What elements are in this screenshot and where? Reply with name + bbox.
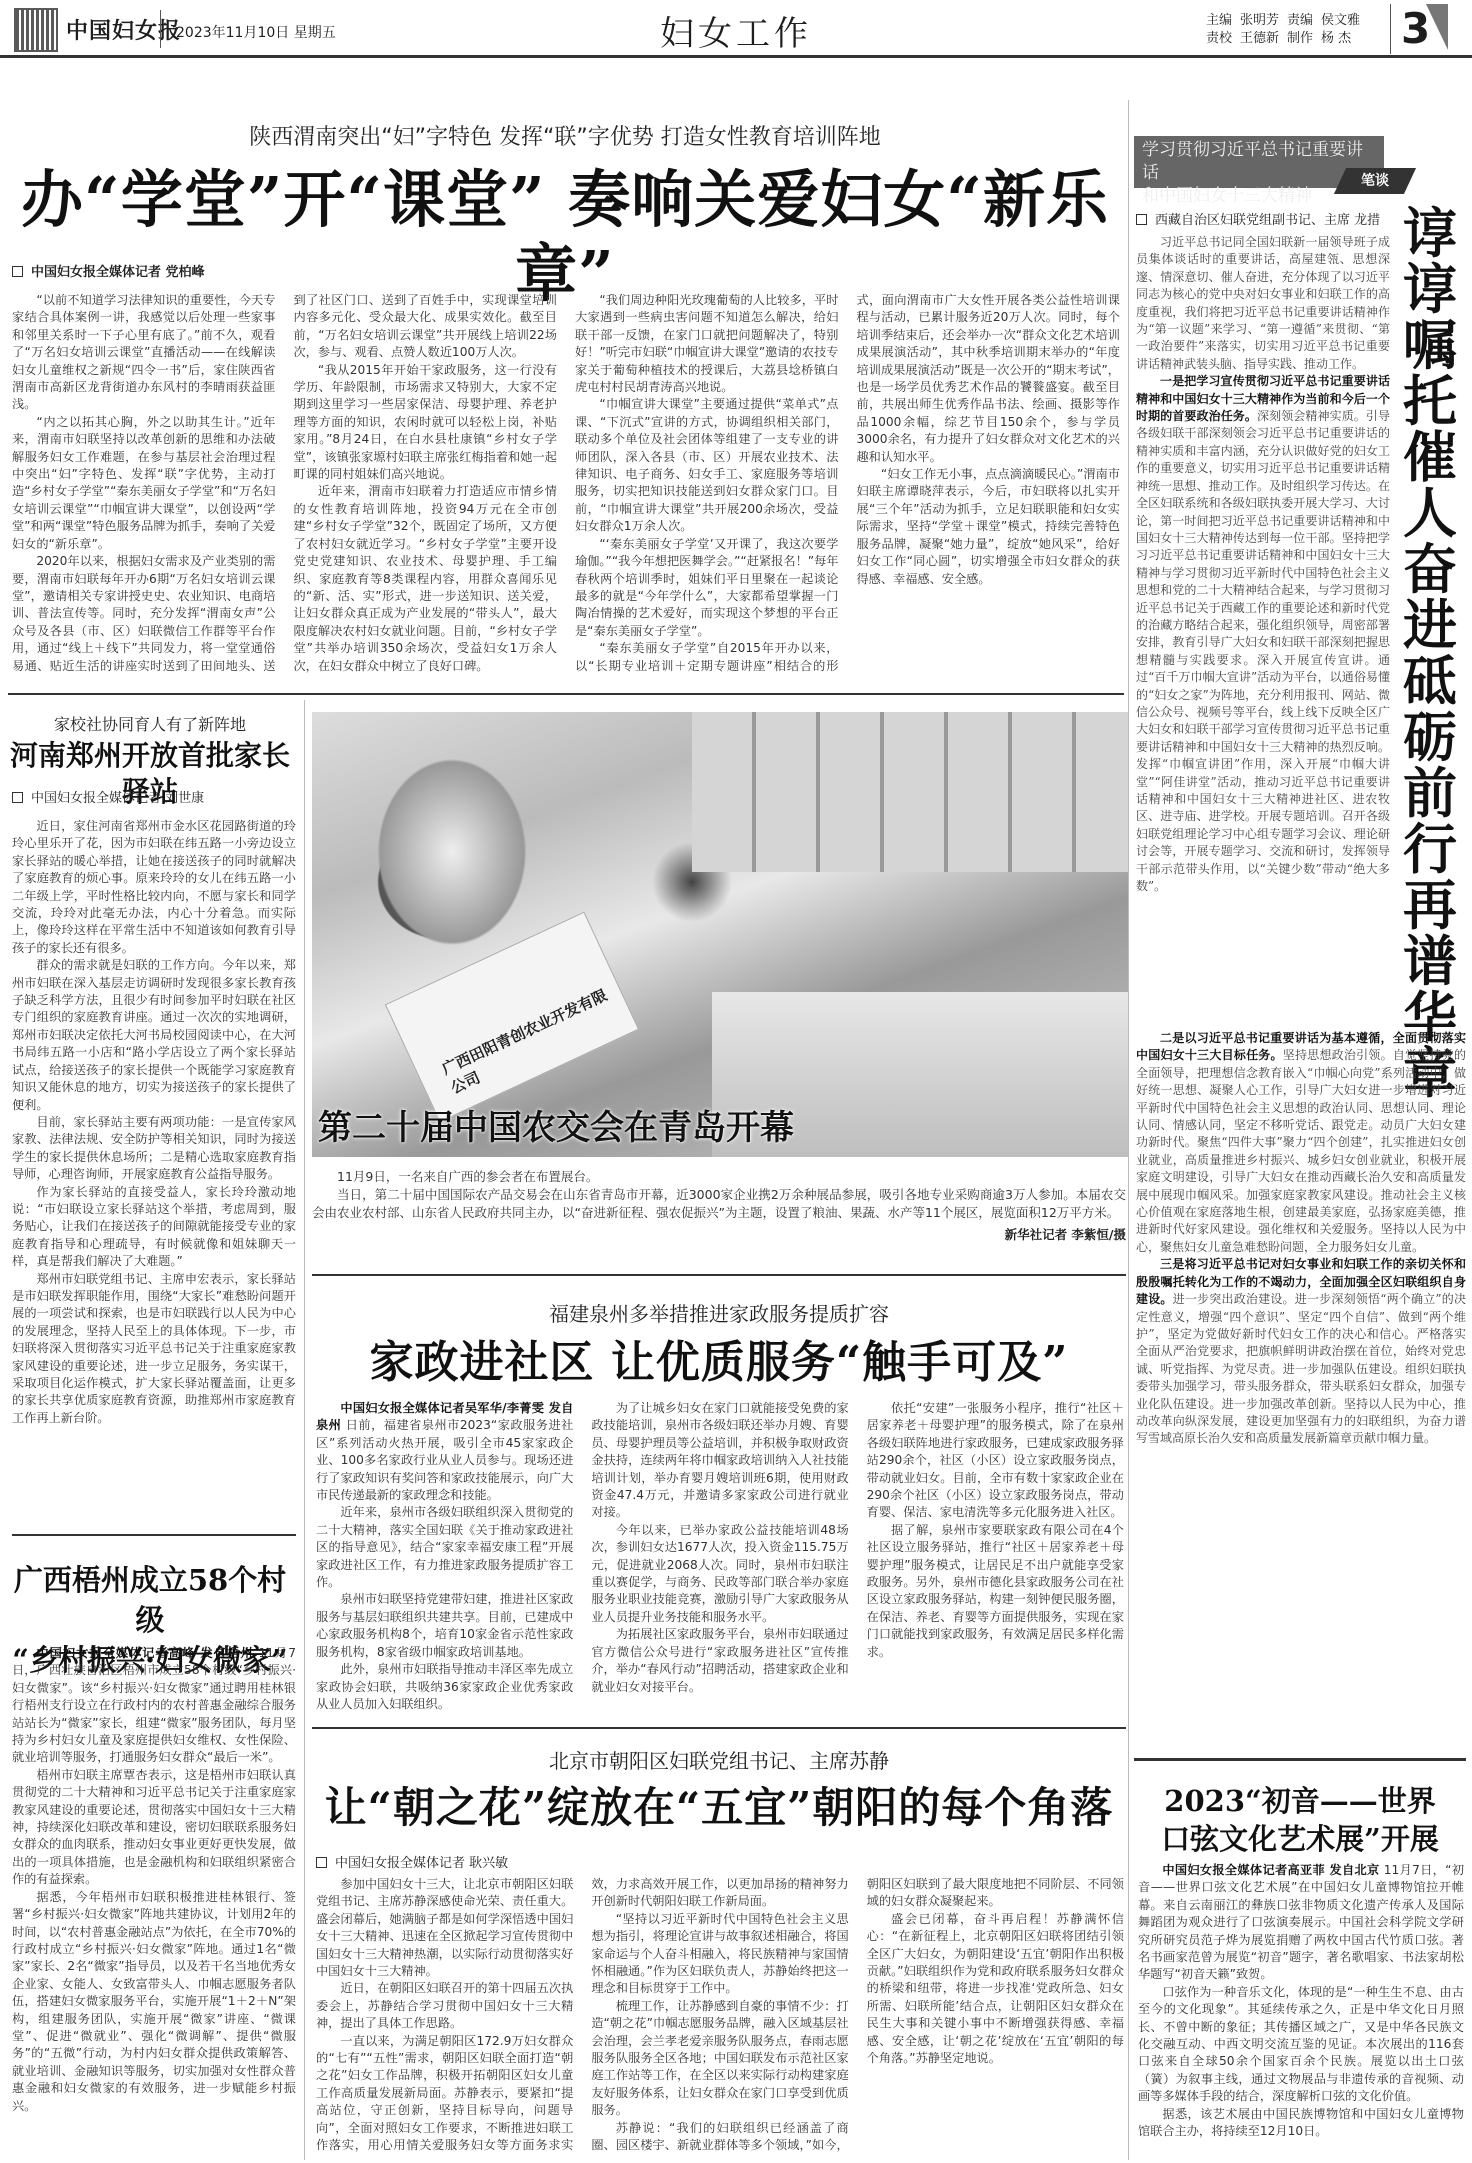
- credit-name: 王德新: [1240, 31, 1279, 46]
- caption-body: 当日，第二十届中国国际农产品交易会在山东省青岛市开幕，近3000家企业携2万余种…: [312, 1186, 1126, 1222]
- paragraph: “巾帼宣讲大课堂”主要通过提供“菜单式”点课、“下沉式”宣讲的方式，协调组织相关…: [575, 396, 839, 535]
- paragraph: 郑州市妇联党组书记、主席申宏表示，家长驿站是市妇联发挥职能作用，围绕“大家长”难…: [12, 1271, 296, 1428]
- editor-credits: 主编张明芳责编侯文雅 责校王德新制作杨 杰: [1206, 12, 1368, 48]
- section-rule: [8, 693, 1124, 695]
- paragraph: 目前，家长驿站主要有两项功能：一是宣传家风家教、法律法规、安全防护等相关知识，同…: [12, 1114, 296, 1184]
- byline-text: 中国妇女报全媒体记者 刘世康: [31, 791, 204, 806]
- credit-role: 制作: [1287, 31, 1313, 46]
- credit-role: 责编: [1287, 13, 1313, 28]
- housekeeping-headline: 家政进社区 让优质服务“触手可及”: [312, 1334, 1126, 1392]
- lead-headline: 办“学堂”开“课堂” 奏响关爱妇女“新乐章”: [0, 163, 1130, 311]
- paragraph: 近日，家住河南省郑州市金水区花园路街道的玲玲心里乐开了花，因为市妇联在纬五路一小…: [12, 818, 296, 957]
- paragraph: 近年来，泉州市各级妇联组织深入贯彻党的二十大精神，落实全国妇联《关于推动家政进社…: [316, 1504, 573, 1591]
- photo-credit: 新华社记者 李紫恒/摄: [880, 1225, 1126, 1243]
- section-rule: [312, 1274, 1126, 1276]
- chaoyang-kicker: 北京市朝阳区妇联党组书记、主席苏静: [312, 1745, 1126, 1774]
- para-text: 进一步突出政治建设。进一步深刻领悟“两个确立”的决定性意义，增强“四个意识”、坚…: [1136, 1292, 1466, 1445]
- paragraph: 一是把学习宣传贯彻习近平总书记重要讲话精神和中国妇女十三大精神作为当前和今后一个…: [1136, 373, 1390, 895]
- paragraph: 二是以习近平总书记重要讲话为基本遵循，全面贯彻落实中国妇女十三大目标任务。坚持思…: [1136, 1030, 1466, 1256]
- parent-station-kicker: 家校社协同育人有了新阵地: [0, 712, 300, 735]
- lead-kicker: 陕西渭南突出“妇”字特色 发挥“联”字优势 打造女性教育培训阵地: [0, 120, 1130, 151]
- paragraph: 梧州市妇联主席覃杏表示，这是梧州市妇联认真贯彻党的二十大精神和习近平总书记关于注…: [12, 1767, 296, 1889]
- credit-role: 主编: [1206, 13, 1232, 28]
- credit-name: 杨 杰: [1321, 31, 1351, 46]
- paragraph: 群众的需求就是妇联的工作方向。今年以来，郑州市妇联在深入基层走访调研时发现很多家…: [12, 957, 296, 1114]
- byline-box-icon: [316, 1857, 327, 1868]
- paragraph: 中国妇女报全媒体记者高亚菲 发自北京 11月7日，“初音——世界口弦文化艺术展”…: [1138, 1862, 1464, 1984]
- byline-lead: 中国妇女报全媒体记者高亚菲 发自北京: [1162, 1863, 1379, 1877]
- parent-station-body: 近日，家住河南省郑州市金水区花园路街道的玲玲心里乐开了花，因为市妇联在纬五路一小…: [12, 818, 296, 1530]
- para-text: 坚持思想政治引领。自觉坚持党的全面领导，把理想信念教育嵌入“巾帼心向党”系列活动…: [1136, 1048, 1466, 1253]
- para-text: 11月7日，广西壮族自治区梧州市成立58个村级“乡村振兴·妇女微家”。该“乡村振…: [12, 1646, 296, 1764]
- section-title: 妇女工作: [660, 6, 812, 55]
- commentary-vertical-headline: 谆谆嘱托催人奋进 砥砺前行再谱华章: [1396, 205, 1464, 1101]
- headline-line: 广西梧州成立58个村级: [0, 1560, 300, 1640]
- paragraph: 作为家长驿站的直接受益人，家长玲玲激动地说：“市妇联设立家长驿站这个举措，考虑周…: [12, 1184, 296, 1271]
- commentary-body-upper: 习近平总书记同全国妇联新一届领导班子成员集体谈话时的重要讲话，高屋建瓴、思想深邃…: [1136, 234, 1390, 1024]
- paragraph: 据悉，该艺术展由中国民族博物馆和中国妇女儿童博物馆联合主办，将持续至12月10日…: [1138, 2106, 1464, 2141]
- lead-body: “以前不知道学习法律知识的重要性，今天专家结合具体案例一讲，我感觉以后处理一些家…: [12, 292, 1120, 680]
- wuzhou-body: 中国妇女报全媒体记者高峰 发自梧州 11月7日，广西壮族自治区梧州市成立58个村…: [12, 1645, 296, 2155]
- paragraph: 近年来，渭南市妇联着力打造适应市情乡情的女性教育培训阵地，投资94万元在全市创建…: [294, 483, 558, 674]
- paragraph: 今年以来，已举办家政公益技能培训48场次，参训妇女达1677人次，投入资金115…: [591, 1522, 848, 1626]
- sign-text: 广西田阳青创农业开发有限公司: [438, 978, 632, 1098]
- paragraph: “‘秦东美丽女子学堂’又开课了，我这次要学瑜伽。”“我今年想把医舞学会。”“赶紧…: [575, 536, 839, 640]
- photo-overlay-title: 第二十届中国农交会在青岛开幕: [318, 1100, 794, 1149]
- news-photo: 广西田阳青创农业开发有限公司 第二十届中国农交会在青岛开幕: [312, 712, 1128, 1157]
- paper-logo: 中国妇女报: [66, 14, 181, 45]
- section-rule: [1134, 1758, 1466, 1761]
- paragraph: 三是将习近平总书记对妇女事业和妇联工作的亲切关怀和殷殷嘱托转化为工作的不竭动力，…: [1136, 1256, 1466, 1447]
- credit-role: 责校: [1206, 31, 1232, 46]
- kouxian-headline: 2023“初音——世界 口弦文化艺术展”开展: [1134, 1782, 1466, 1858]
- lead-byline: 中国妇女报全媒体记者 党柏峰: [12, 261, 205, 280]
- byline-text: 西藏自治区妇联党组副书记、主席 龙措: [1155, 213, 1380, 228]
- photo-caption: 11月9日，一名来自广西的参会者在布置展台。 当日，第二十届中国国际农产品交易会…: [312, 1168, 1126, 1258]
- parent-station-byline: 中国妇女报全媒体记者 刘世康: [12, 787, 204, 806]
- divider: [160, 10, 161, 48]
- chaoyang-body: 参加中国妇女十三大，让北京市朝阳区妇联党组书记、主席苏静深感使命光荣、责任重大。…: [316, 1876, 1124, 2160]
- paragraph: “我从2015年开始干家政服务，这一行没有学历、年龄限制，市场需求又特别大，大家…: [294, 362, 558, 484]
- paragraph: “坚持以习近平新时代中国特色社会主义思想为指引，将理论宣讲与故事叙述相融合，将国…: [591, 1911, 848, 1998]
- para-text: 深刻领会精神实质。引导各级妇联干部深刻领会习近平总书记重要讲话的精神实质和丰富内…: [1136, 409, 1390, 893]
- commentary-byline: 西藏自治区妇联党组副书记、主席 龙措: [1136, 209, 1380, 228]
- qr-code-icon: [14, 8, 58, 52]
- masthead: 中国妇女报 2023年11月10日 星期五 妇女工作 主编张明芳责编侯文雅 责校…: [0, 0, 1472, 58]
- page-number: 3: [1390, 4, 1430, 54]
- tag-label: 笔谈: [1361, 168, 1389, 194]
- paragraph: 泉州市妇联坚持党建带妇建，推进社区家政服务与基层妇联组织共建共享。目前，已建成中…: [316, 1591, 573, 1661]
- headline-line: 2023“初音——世界: [1134, 1782, 1466, 1820]
- byline-box-icon: [12, 792, 23, 803]
- photo-company-sign: 广西田阳青创农业开发有限公司: [385, 912, 639, 1123]
- paragraph: 此外，泉州市妇联指导推动丰泽区率先成立家政协会妇联，共吸纳36家家政企业优秀家政…: [316, 1661, 573, 1713]
- credit-name: 张明芳: [1240, 13, 1279, 28]
- column-divider: [1128, 100, 1129, 1790]
- paragraph: 近日，在朝阳区妇联召开的第十四届五次执委会上，苏静结合学习贯彻中国妇女十三大精神…: [316, 1980, 573, 2032]
- paragraph: 梳理工作，让苏静感到自豪的事情不少：打造“朝之花”巾帼志愿服务品牌，融入区域基层…: [591, 1998, 848, 2120]
- para-text: 日前，福建省泉州市2023“家政服务进社区”系列活动火热开展，吸引全市45家家政…: [316, 1418, 573, 1502]
- byline-box-icon: [1136, 214, 1147, 225]
- commentary-body-lower: 二是以习近平总书记重要讲话为基本遵循，全面贯彻落实中国妇女十三大目标任务。坚持思…: [1136, 1030, 1466, 1750]
- paragraph: 口弦作为一种音乐文化，体现的是“一种生生不息、由古至今的文化现象”。其延续传承之…: [1138, 1984, 1464, 2106]
- paragraph: “我们周边种阳光玫瑰葡萄的人比较多，平时大家遇到一些病虫害问题不知道怎么解决，给…: [575, 292, 839, 396]
- paragraph: 依托“安建”一张服务小程序，推行“社区＋居家养老＋母婴护理”的服务模式，除了在泉…: [867, 1400, 1124, 1522]
- paragraph: 为了让城乡妇女在家门口就能接受免费的家政技能培训，泉州市各级妇联还举办月嫂、育婴…: [591, 1400, 848, 1522]
- paragraph: “以前不知道学习法律知识的重要性，今天专家结合具体案例一讲，我感觉以后处理一些家…: [12, 292, 276, 414]
- paragraph: 中国妇女报全媒体记者高峰 发自梧州 11月7日，广西壮族自治区梧州市成立58个村…: [12, 1645, 296, 1767]
- section-rule: [312, 1727, 1126, 1729]
- paragraph: “妇女工作无小事，点点滴滴暖民心。”渭南市妇联主席谭晓萍表示，今后，市妇联将以扎…: [857, 466, 1121, 588]
- paragraph: 为拓展社区家政服务平台，泉州市妇联通过官方微信公众号进行“家政服务进社区”宣传推…: [591, 1626, 848, 1696]
- chaoyang-headline: 让“朝之花”绽放在“五宜”朝阳的每个角落: [312, 1780, 1126, 1836]
- para-text: 习近平总书记同全国妇联新一届领导班子成员集体谈话时的重要讲话，高屋建瓴、思想深邃…: [1136, 235, 1390, 371]
- byline-lead: 中国妇女报全媒体记者高峰 发自梧州: [36, 1646, 253, 1660]
- headline-line: 口弦文化艺术展”开展: [1134, 1820, 1466, 1858]
- paragraph: “内之以拓其心胸，外之以助其生计。”近年来，渭南市妇联坚持以改革创新的思维和办法…: [12, 414, 276, 553]
- paragraph: 据悉，今年梧州市妇联积极推进桂林银行、签署“乡村振兴·妇女微家”阵地共建协议，计…: [12, 1889, 296, 2115]
- caption-line: 11月9日，一名来自广西的参会者在布置展台。: [312, 1168, 1126, 1186]
- column-divider: [1128, 1760, 1129, 2160]
- byline-box-icon: [12, 266, 23, 277]
- housekeeping-kicker: 福建泉州多举措推进家政服务提质扩容: [312, 1298, 1126, 1327]
- para-text: 11月7日，“初音——世界口弦文化艺术展”在中国妇女儿童博物馆拉开帷幕。来自云南…: [1138, 1863, 1464, 1981]
- kouxian-body: 中国妇女报全媒体记者高亚菲 发自北京 11月7日，“初音——世界口弦文化艺术展”…: [1138, 1862, 1464, 2158]
- section-rule: [12, 1534, 296, 1536]
- paragraph: 中国妇女报全媒体记者吴军华/李菁雯 发自泉州 日前，福建省泉州市2023“家政服…: [316, 1400, 573, 1504]
- byline-text: 中国妇女报全媒体记者 耿兴敏: [335, 1856, 508, 1871]
- page-corner-triangle-icon: [1426, 4, 1448, 50]
- paragraph: 参加中国妇女十三大，让北京市朝阳区妇联党组书记、主席苏静深感使命光荣、责任重大。…: [316, 1876, 573, 1980]
- column-divider: [304, 700, 305, 2160]
- paragraph: 盛会已闭幕，奋斗再启程！苏静满怀信心：“在新征程上，北京朝阳区妇联将团结引领全区…: [867, 1911, 1124, 2068]
- issue-date: 2023年11月10日 星期五: [176, 22, 336, 42]
- paragraph: 习近平总书记同全国妇联新一届领导班子成员集体谈话时的重要讲话，高屋建瓴、思想深邃…: [1136, 234, 1390, 373]
- credit-name: 侯文雅: [1321, 13, 1360, 28]
- commentary-tag: 笔谈: [1334, 168, 1416, 194]
- photo-booth-shelves: [692, 712, 1128, 872]
- paragraph: 据了解，泉州市家要联家政有限公司在4个社区设立服务驿站，推行“社区＋居家养老＋母…: [867, 1522, 1124, 1661]
- housekeeping-body: 中国妇女报全媒体记者吴军华/李菁雯 发自泉州 日前，福建省泉州市2023“家政服…: [316, 1400, 1124, 1718]
- chaoyang-byline: 中国妇女报全媒体记者 耿兴敏: [316, 1852, 508, 1871]
- byline-text: 中国妇女报全媒体记者 党柏峰: [31, 265, 205, 280]
